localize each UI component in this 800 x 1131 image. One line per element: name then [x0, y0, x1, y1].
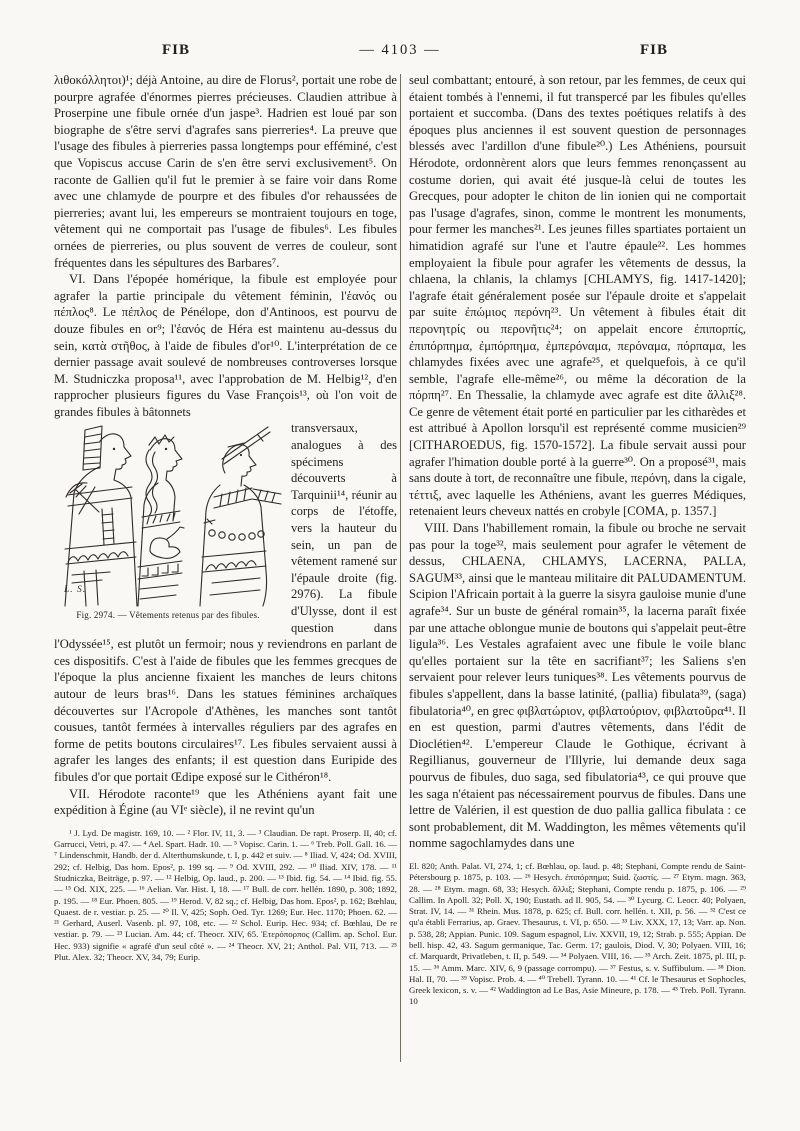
figure-signature: L. S.	[64, 585, 86, 595]
footnotes-left: ¹ J. Lyd. De magistr. 169, 10. — ² Flor.…	[54, 828, 397, 964]
right-column: seul combattant; entouré, à son retour, …	[409, 72, 746, 1008]
paragraph-continuation-left: λιθοκόλλητοι)¹; déjà Antoine, au dire de…	[54, 72, 397, 271]
figure-2974-illustration	[54, 423, 282, 607]
paragraph-section-viii: VIII. Dans l'habillement romain, la fibu…	[409, 520, 746, 852]
footnotes-right: El. 820; Anth. Palat. VI, 274, 1; cf. Bœ…	[409, 861, 746, 1008]
left-column: λιθοκόλλητοι)¹; déjà Antoine, au dire de…	[54, 72, 397, 963]
page-number: — 4103 —	[0, 42, 800, 59]
page-header: FIB — 4103 — FIB	[0, 42, 800, 64]
scanned-page: FIB — 4103 — FIB λιθοκόλλητοι)¹; déjà An…	[0, 0, 800, 1131]
running-title-right: FIB	[640, 42, 668, 59]
paragraph-continuation-right: seul combattant; entouré, à son retour, …	[409, 72, 746, 520]
paragraph-section-vi-part1: VI. Dans l'épopée homérique, la fibule e…	[54, 271, 397, 420]
figure-2974: L. S. Fig. 2974. — Vêtements retenus par…	[54, 423, 282, 621]
column-divider	[400, 74, 401, 1062]
paragraph-section-vii: VII. Hérodote raconte¹⁹ que les Athénien…	[54, 786, 397, 819]
figure-caption: Fig. 2974. — Vêtements retenus par des f…	[54, 610, 282, 621]
